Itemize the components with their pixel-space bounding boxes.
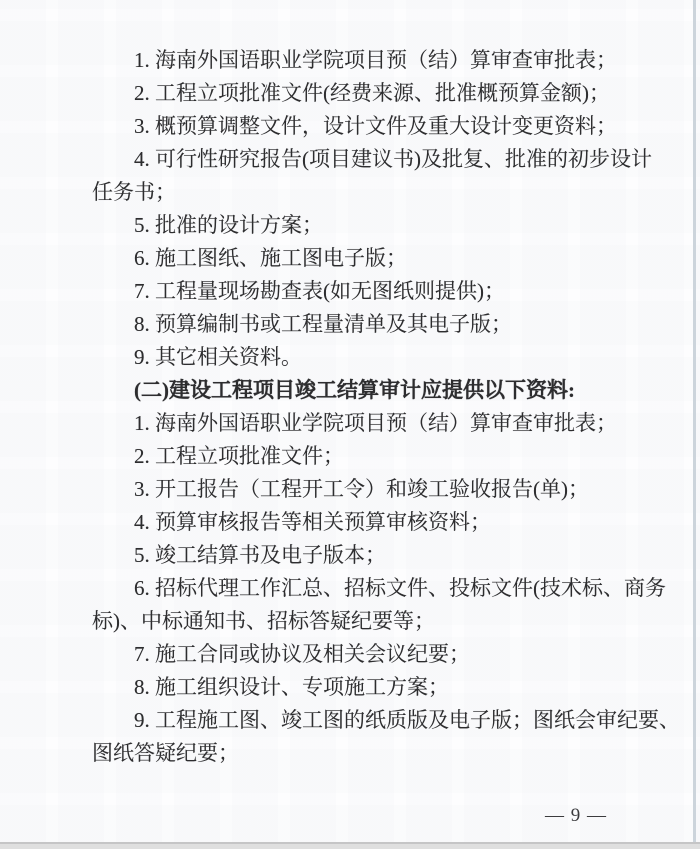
doc-line: 2. 工程立项批准文件； xyxy=(92,440,640,473)
doc-line: 3. 概预算调整文件，设计文件及重大设计变更资料； xyxy=(92,110,640,143)
doc-line: 8. 施工组织设计、专项施工方案； xyxy=(92,671,640,704)
doc-line: 7. 施工合同或协议及相关会议纪要； xyxy=(92,638,640,671)
doc-line: 6. 施工图纸、施工图电子版； xyxy=(92,242,640,275)
doc-line: 9. 其它相关资料。 xyxy=(92,341,640,374)
doc-line: 标)、中标通知书、招标答疑纪要等； xyxy=(92,605,640,638)
doc-line: 4. 可行性研究报告(项目建议书)及批复、批准的初步设计 xyxy=(92,143,640,176)
doc-line: 8. 预算编制书或工程量清单及其电子版； xyxy=(92,308,640,341)
doc-line: 3. 开工报告（工程开工令）和竣工验收报告(单)； xyxy=(92,473,640,506)
doc-line: 6. 招标代理工作汇总、招标文件、投标文件(技术标、商务 xyxy=(92,572,640,605)
doc-line: 5. 批准的设计方案； xyxy=(92,209,640,242)
doc-line: 1. 海南外国语职业学院项目预（结）算审查审批表； xyxy=(92,44,640,77)
scan-right-edge-line xyxy=(693,0,696,843)
doc-line: 任务书； xyxy=(92,176,640,209)
doc-line: 4. 预算审核报告等相关预算审核资料； xyxy=(92,506,640,539)
scan-bottom-edge-strip xyxy=(0,842,700,849)
doc-line: 2. 工程立项批准文件(经费来源、批准概预算金额)； xyxy=(92,77,640,110)
page-number: — 9 — xyxy=(545,804,607,828)
doc-line: 图纸答疑纪要； xyxy=(92,737,640,770)
doc-line: 5. 竣工结算书及电子版本； xyxy=(92,539,640,572)
doc-line: 7. 工程量现场勘查表(如无图纸则提供)； xyxy=(92,275,640,308)
doc-line: 9. 工程施工图、竣工图的纸质版及电子版；图纸会审纪要、 xyxy=(92,704,640,737)
document-page: 1. 海南外国语职业学院项目预（结）算审查审批表； 2. 工程立项批准文件(经费… xyxy=(0,0,700,849)
section-heading: (二)建设工程项目竣工结算审计应提供以下资料: xyxy=(92,374,640,407)
doc-line: 1. 海南外国语职业学院项目预（结）算审查审批表； xyxy=(92,407,640,440)
document-body: 1. 海南外国语职业学院项目预（结）算审查审批表； 2. 工程立项批准文件(经费… xyxy=(92,44,640,770)
